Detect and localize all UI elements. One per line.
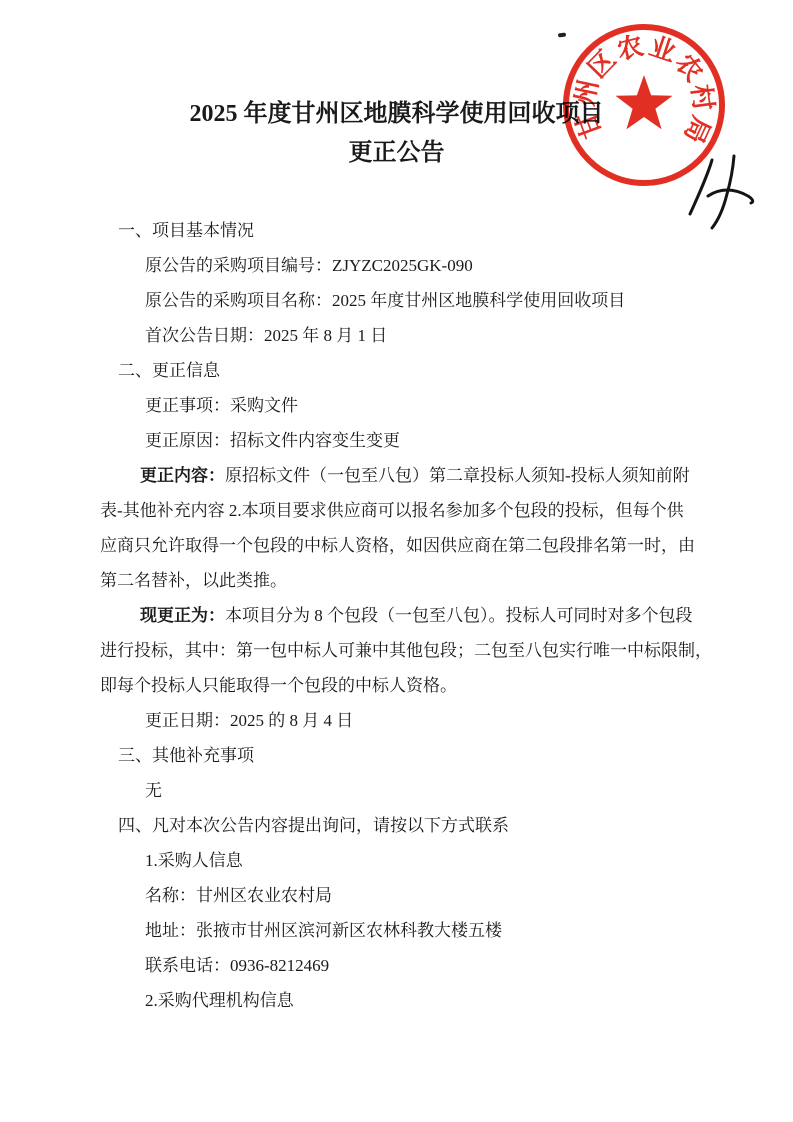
signature-stroke-horizontal xyxy=(708,190,753,203)
purchaser-address: 地址：张掖市甘州区滨河新区农林科教大楼五楼 xyxy=(0,913,793,948)
corrected-to-line-3: 即每个投标人只能取得一个包段的中标人资格。 xyxy=(0,668,793,703)
signature-stroke-left xyxy=(690,160,712,214)
correction-reason: 更正原因：招标文件内容变生变更 xyxy=(0,423,793,458)
correction-content-label: 更正内容： xyxy=(140,466,225,485)
handwritten-signature xyxy=(682,152,760,234)
section-3-heading: 三、其他补充事项 xyxy=(0,738,793,773)
agency-info-heading: 2.采购代理机构信息 xyxy=(0,983,793,1018)
section-3-content: 无 xyxy=(0,773,793,808)
purchaser-phone: 联系电话：0936-8212469 xyxy=(0,948,793,983)
section-1-heading: 一、项目基本情况 xyxy=(0,213,793,248)
original-project-name: 原公告的采购项目名称：2025 年度甘州区地膜科学使用回收项目 xyxy=(0,283,793,318)
correction-content-text: 原招标文件（一包至八包）第二章投标人须知-投标人须知前附 xyxy=(225,466,690,485)
correction-date: 更正日期：2025 的 8 月 4 日 xyxy=(0,703,793,738)
correction-content-line-2: 表-其他补充内容 2.本项目要求供应商可以报名参加多个包段的投标，但每个供 xyxy=(0,493,793,528)
correction-content-line-4: 第二名替补，以此类推。 xyxy=(0,563,793,598)
purchaser-name: 名称：甘州区农业农村局 xyxy=(0,878,793,913)
corrected-to-line-1: 现更正为：本项目分为 8 个包段（一包至八包）。投标人可同时对多个包段 xyxy=(0,598,793,633)
correction-item: 更正事项：采购文件 xyxy=(0,388,793,423)
first-announcement-date: 首次公告日期：2025 年 8 月 1 日 xyxy=(0,318,793,353)
purchaser-info-heading: 1.采购人信息 xyxy=(0,843,793,878)
star-icon xyxy=(616,75,673,129)
document-body: 一、项目基本情况 原公告的采购项目编号：ZJYZC2025GK-090 原公告的… xyxy=(0,213,793,1018)
correction-content-line-3: 应商只允许取得一个包段的中标人资格，如因供应商在第二包段排名第一时，由 xyxy=(0,528,793,563)
corrected-to-label: 现更正为： xyxy=(140,606,225,625)
correction-content-line-1: 更正内容：原招标文件（一包至八包）第二章投标人须知-投标人须知前附 xyxy=(0,458,793,493)
corrected-to-line-2: 进行投标，其中：第一包中标人可兼中其他包段；二包至八包实行唯一中标限制， xyxy=(0,633,793,668)
section-4-heading: 四、凡对本次公告内容提出询问，请按以下方式联系 xyxy=(0,808,793,843)
original-project-number: 原公告的采购项目编号：ZJYZC2025GK-090 xyxy=(0,248,793,283)
section-2-heading: 二、更正信息 xyxy=(0,353,793,388)
corrected-to-text: 本项目分为 8 个包段（一包至八包）。投标人可同时对多个包段 xyxy=(225,606,693,625)
document-page: 2025 年度甘州区地膜科学使用回收项目 更正公告 一、项目基本情况 原公告的采… xyxy=(0,0,793,1122)
